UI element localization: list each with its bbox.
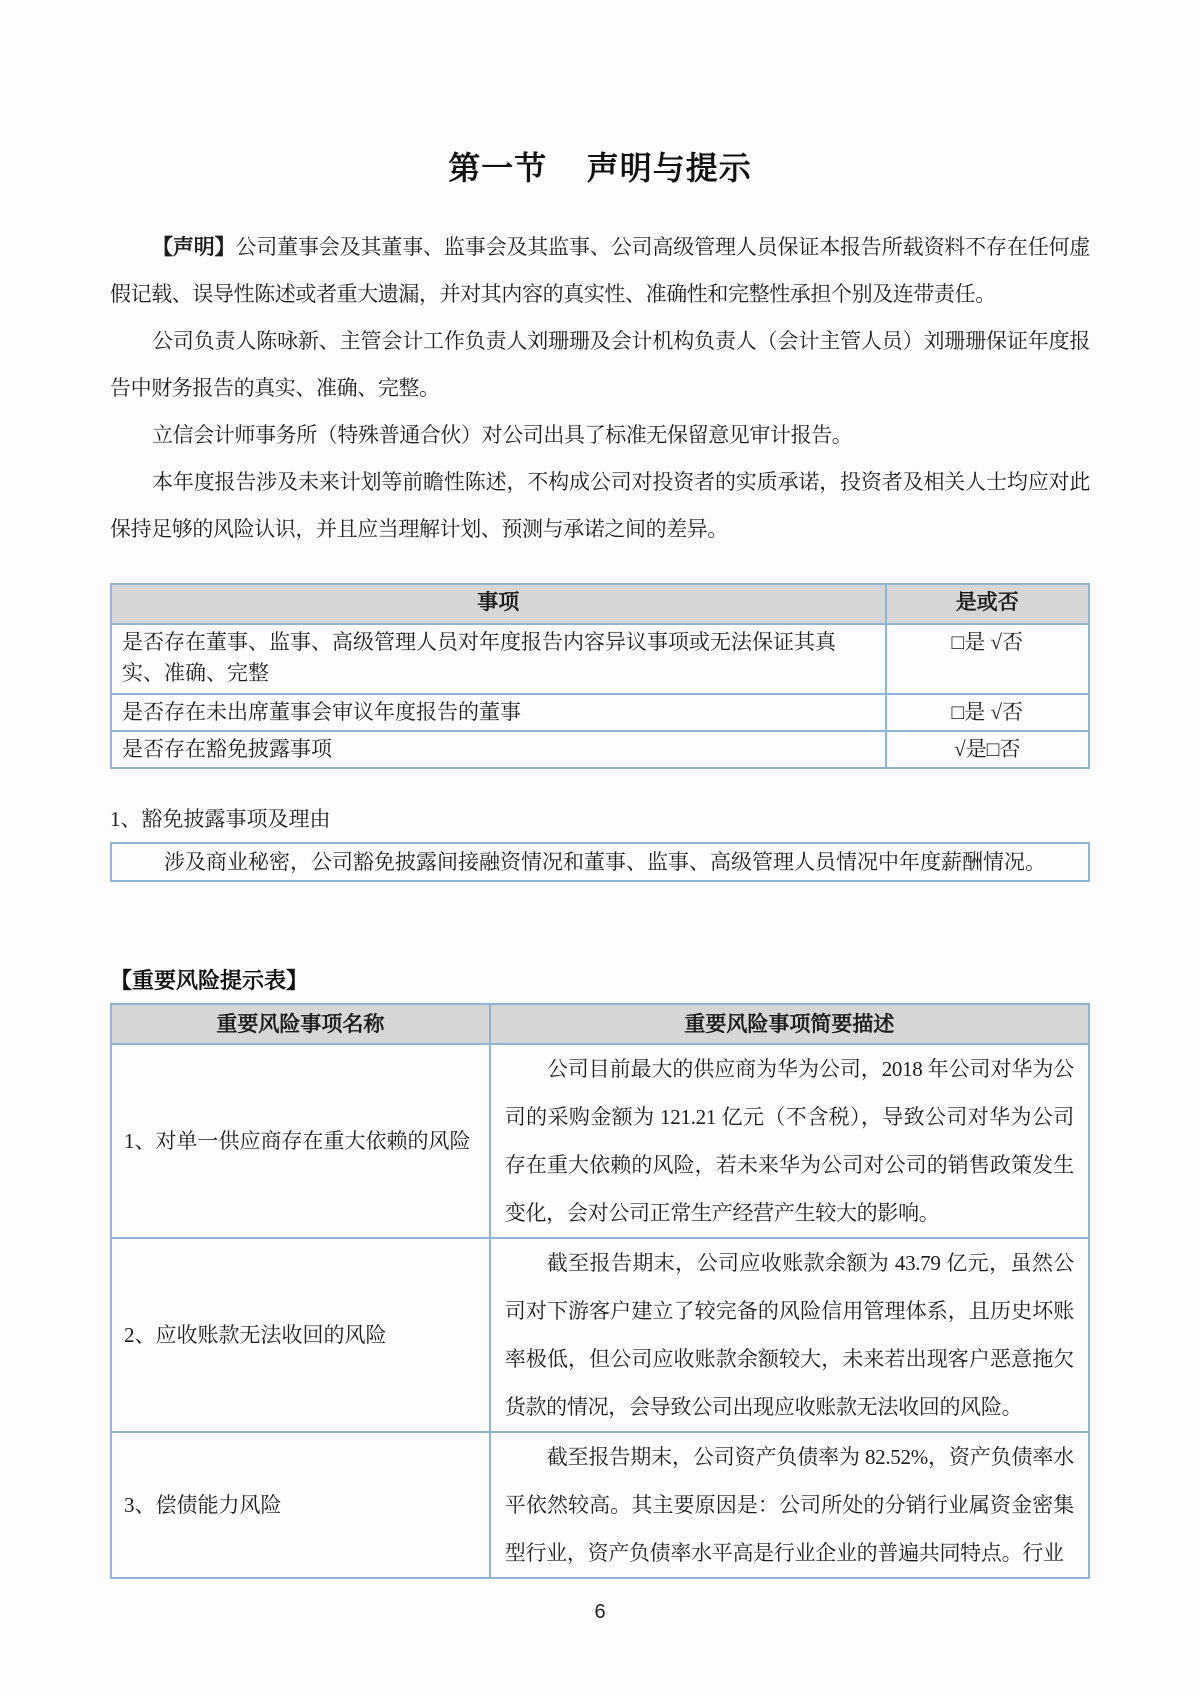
risk-description-text: 截至报告期末，公司资产负债率为 82.52%，资产负债率水平依然较高。其主要原因… xyxy=(505,1433,1074,1577)
risk-table: 重要风险事项名称 重要风险事项简要描述 1、对单一供应商存在重大依赖的风险 公司… xyxy=(110,1003,1090,1579)
forward-looking-paragraph: 本年度报告涉及未来计划等前瞻性陈述，不构成公司对投资者的实质承诺，投资者及相关人… xyxy=(110,459,1090,553)
matters-item-1: 是否存在董事、监事、高级管理人员对年度报告内容异议事项或无法保证其真实、准确、完… xyxy=(111,624,886,694)
matters-item-3: 是否存在豁免披露事项 xyxy=(111,731,886,768)
table-row: 是否存在董事、监事、高级管理人员对年度报告内容异议事项或无法保证其真实、准确、完… xyxy=(111,624,1089,694)
report-page: 第一节 声明与提示 【声明】公司董事会及其董事、监事会及其监事、公司高级管理人员… xyxy=(0,0,1200,1697)
matters-header-yesno: 是或否 xyxy=(886,584,1089,624)
exemption-heading: 1、豁免披露事项及理由 xyxy=(110,805,1090,833)
table-row: 是否存在未出席董事会审议年度报告的董事 □是 √否 xyxy=(111,694,1089,731)
risk-name-2: 2、应收账款无法收回的风险 xyxy=(111,1238,490,1432)
risk-table-heading: 【重要风险提示表】 xyxy=(110,966,1090,996)
responsible-persons-paragraph: 公司负责人陈咏新、主管会计工作负责人刘珊珊及会计机构负责人（会计主管人员）刘珊珊… xyxy=(110,318,1090,412)
risk-description-text: 公司目前最大的供应商为华为公司，2018 年公司对华为公司的采购金额为 121.… xyxy=(505,1045,1074,1237)
declaration-section: 【声明】公司董事会及其董事、监事会及其监事、公司高级管理人员保证本报告所载资料不… xyxy=(110,224,1090,553)
risk-description-3: 截至报告期末，公司资产负债率为 82.52%，资产负债率水平依然较高。其主要原因… xyxy=(490,1432,1089,1578)
matters-header-item: 事项 xyxy=(111,584,886,624)
exemption-reason-box: 涉及商业秘密，公司豁免披露间接融资情况和董事、监事、高级管理人员情况中年度薪酬情… xyxy=(110,842,1090,882)
matters-table: 事项 是或否 是否存在董事、监事、高级管理人员对年度报告内容异议事项或无法保证其… xyxy=(110,583,1090,769)
risk-name-3: 3、偿债能力风险 xyxy=(111,1432,490,1578)
risk-name-1: 1、对单一供应商存在重大依赖的风险 xyxy=(111,1044,490,1238)
risk-description-2: 截至报告期末，公司应收账款余额为 43.79 亿元，虽然公司对下游客户建立了较完… xyxy=(490,1238,1089,1432)
matters-answer-1: □是 √否 xyxy=(886,624,1089,694)
table-row: 2、应收账款无法收回的风险 截至报告期末，公司应收账款余额为 43.79 亿元，… xyxy=(111,1238,1089,1432)
risk-description-text: 截至报告期末，公司应收账款余额为 43.79 亿元，虽然公司对下游客户建立了较完… xyxy=(505,1239,1074,1431)
page-number: 6 xyxy=(110,1601,1090,1624)
matters-header-row: 事项 是或否 xyxy=(111,584,1089,624)
audit-opinion-paragraph: 立信会计师事务所（特殊普通合伙）对公司出具了标准无保留意见审计报告。 xyxy=(110,412,1090,459)
risk-description-1: 公司目前最大的供应商为华为公司，2018 年公司对华为公司的采购金额为 121.… xyxy=(490,1044,1089,1238)
risk-header-row: 重要风险事项名称 重要风险事项简要描述 xyxy=(111,1004,1089,1044)
table-row: 1、对单一供应商存在重大依赖的风险 公司目前最大的供应商为华为公司，2018 年… xyxy=(111,1044,1089,1238)
table-row: 是否存在豁免披露事项 √是□否 xyxy=(111,731,1089,768)
declaration-label: 【声明】 xyxy=(152,235,235,259)
matters-item-2: 是否存在未出席董事会审议年度报告的董事 xyxy=(111,694,886,731)
matters-answer-2: □是 √否 xyxy=(886,694,1089,731)
risk-header-name: 重要风险事项名称 xyxy=(111,1004,490,1044)
declaration-paragraph: 【声明】公司董事会及其董事、监事会及其监事、公司高级管理人员保证本报告所载资料不… xyxy=(110,224,1090,318)
declaration-text: 公司董事会及其董事、监事会及其监事、公司高级管理人员保证本报告所载资料不存在任何… xyxy=(110,235,1090,306)
risk-header-description: 重要风险事项简要描述 xyxy=(490,1004,1089,1044)
table-row: 3、偿债能力风险 截至报告期末，公司资产负债率为 82.52%，资产负债率水平依… xyxy=(111,1432,1089,1578)
page-title: 第一节 声明与提示 xyxy=(110,148,1090,188)
exemption-reason-text: 涉及商业秘密，公司豁免披露间接融资情况和董事、监事、高级管理人员情况中年度薪酬情… xyxy=(122,847,1078,877)
matters-answer-3: √是□否 xyxy=(886,731,1089,768)
